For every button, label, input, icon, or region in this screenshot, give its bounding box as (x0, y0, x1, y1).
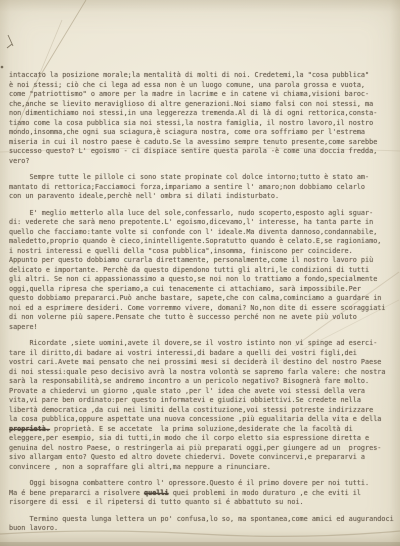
letter-line: genuina del nostro Paese, o restringerla… (9, 444, 394, 454)
text-segment: con un paravento ideale,perchè nell' omb… (9, 192, 279, 200)
text-segment: è noi stessi; ciò che ci lega ad essa no… (9, 81, 365, 89)
letter-line: E' meglio metterlo alla luce del sole,co… (9, 209, 394, 219)
text-segment: di noi stessi:quale peso decisivo avrà l… (9, 368, 385, 376)
letter-line: sarà la responsabilità,se andremo incont… (9, 377, 394, 387)
text-segment: Ricordate ,siete uomini,avete il dovere,… (9, 339, 377, 347)
letter-line: Ricordate ,siete uomini,avete il dovere,… (9, 339, 394, 349)
letter-line: delicato e importante. Perchè da questo … (9, 266, 394, 276)
paragraph: Ricordate ,siete uomini,avete il dovere,… (9, 339, 394, 472)
letter-body: intaccato la posizione morale;la mentali… (9, 71, 394, 541)
text-segment: Termino questa lunga lettera un po' conf… (9, 515, 394, 523)
text-segment: quello che facciamo:tante volte si confo… (9, 228, 377, 236)
pencil-mark (7, 35, 13, 48)
text-segment: convincere , non a sopraffare gli altri,… (9, 463, 271, 471)
text-segment: risorgere di essi e il ripetersi di tutt… (9, 498, 304, 506)
text-segment: questo dobbiamo prepararci.Può anche bas… (9, 294, 381, 302)
letter-line: successo questo? L' egoismo - ci dispiac… (9, 147, 394, 157)
letter-line: Sempre tutte le pillole ci sono state pr… (9, 173, 394, 183)
letter-line: come "patriottismo" o amore per la madre… (9, 90, 394, 100)
text-segment: non dimentichiamo noi stessi,in una legg… (9, 109, 377, 117)
letter-line: Ma é bene prepararci a risolvere quelli … (9, 489, 394, 499)
struck-text: proprietà. (9, 425, 50, 433)
letter-line: quello che facciamo:tante volte si confo… (9, 228, 394, 238)
text-segment: sapere! (9, 323, 38, 331)
letter-line: tiamo come la cosa pubblica sia noi stes… (9, 119, 394, 129)
letter-line: libertà democratica ,da cui nei limiti d… (9, 406, 394, 416)
letter-line: eleggere,per esempio, sia di tutti,in mo… (9, 434, 394, 444)
letter-line: con un paravento ideale,perchè nell' omb… (9, 192, 394, 202)
letter-line: risorgere di essi e il ripetersi di tutt… (9, 498, 394, 508)
letter-page: intaccato la posizione morale;la mentali… (0, 0, 400, 546)
text-segment: proprietà. E se accetate la prima soluzi… (50, 425, 353, 433)
text-segment: come "patriottismo" o amore per la madre… (9, 90, 369, 98)
letter-line: maledetto,proprio quando è cieco,inintel… (9, 237, 394, 247)
text-segment: i nostri interessi e quelli della "cosa … (9, 247, 353, 255)
text-segment: che,anche se lievito meraviglioso di alt… (9, 100, 373, 108)
text-segment: vita,vi pare ben ordinato:per questo inf… (9, 396, 361, 404)
text-segment: tiamo come la cosa pubblica sia noi stes… (9, 119, 373, 127)
letter-line: che,anche se lievito meraviglioso di alt… (9, 100, 394, 110)
paragraph: Termino questa lunga lettera un po' conf… (9, 515, 394, 534)
letter-line: di noi stessi:quale peso decisivo avrà l… (9, 368, 394, 378)
letter-line: sapere! (9, 323, 394, 333)
text-segment: di non volerne più sapere.Pensate che tu… (9, 313, 357, 321)
text-segment: delicato e importante. Perchè da questo … (9, 266, 369, 274)
letter-line: di: vederete che sarà meno prepotente.L'… (9, 218, 394, 228)
text-segment: successo questo? L' egoismo - ci dispiac… (9, 147, 377, 155)
letter-line: intaccato la posizione morale;la mentali… (9, 71, 394, 81)
letter-line: i nostri interessi e quelli della "cosa … (9, 247, 394, 257)
letter-line: non dimentichiamo noi stessi,in una legg… (9, 109, 394, 119)
text-segment: noi ed a esprimere desideri. Come vorrem… (9, 304, 385, 312)
text-segment: Provate a chiedervi un giorno ,quale sta… (9, 387, 365, 395)
letter-line: sivo allargam ento? Questo ed altro dove… (9, 453, 394, 463)
text-segment: sivo allargam ento? Questo ed altro dove… (9, 453, 365, 461)
text-segment: vostri cari.Avete mai pensato che nei pr… (9, 358, 381, 366)
letter-line: di non volerne più sapere.Pensate che tu… (9, 313, 394, 323)
text-segment: mantato di rettorica;Facciamoci forza,im… (9, 183, 365, 191)
ink-speck (1, 66, 4, 69)
letter-line: Provate a chiedervi un giorno ,quale sta… (9, 387, 394, 397)
text-segment: vero? (9, 157, 29, 165)
letter-line: vero? (9, 157, 394, 167)
text-segment: buon lavoro. (9, 524, 58, 532)
letter-line: è noi stessi; ciò che ci lega ad essa no… (9, 81, 394, 91)
text-segment: tare il diritto,di badare ai vostri inte… (9, 349, 357, 357)
text-segment: Appunto per questo dobbiamo curarla dire… (9, 256, 373, 264)
text-segment: sarà la responsabilità,se andremo incont… (9, 377, 369, 385)
letter-line: noi ed a esprimere desideri. Come vorrem… (9, 304, 394, 314)
letter-line: Termino questa lunga lettera un po' conf… (9, 515, 394, 525)
letter-line: tare il diritto,di badare ai vostri inte… (9, 349, 394, 359)
text-segment: miseria in cui il nostro paese è caduto.… (9, 138, 377, 146)
letter-line: la cosa pubblica,oppure aspettate una nu… (9, 415, 394, 425)
text-segment: genuina del nostro Paese, o restringerla… (9, 444, 381, 452)
letter-line: gli altri. Se non ci appassionassimo a q… (9, 275, 394, 285)
letter-line: mondo,insomma,che ogni sua sciagura,è sc… (9, 128, 394, 138)
letter-line: miseria in cui il nostro paese è caduto.… (9, 138, 394, 148)
crease-line (38, 20, 62, 78)
letter-line: Oggi bisogna combattere contro l' opress… (9, 479, 394, 489)
text-segment: Oggi bisogna combattere contro l' opress… (9, 479, 369, 487)
letter-line: Appunto per questo dobbiamo curarla dire… (9, 256, 394, 266)
letter-line: questo dobbiamo prepararci.Può anche bas… (9, 294, 394, 304)
text-segment: la cosa pubblica,oppure aspettate una nu… (9, 415, 381, 423)
text-segment: gli altri. Se non ci appassionassimo a q… (9, 275, 377, 283)
letter-line: proprietà. proprietà. E se accetate la p… (9, 425, 394, 435)
letter-line: vita,vi pare ben ordinato:per questo inf… (9, 396, 394, 406)
paragraph: Sempre tutte le pillole ci sono state pr… (9, 173, 394, 202)
text-segment: E' meglio metterlo alla luce del sole,co… (9, 209, 373, 217)
letter-line: vostri cari.Avete mai pensato che nei pr… (9, 358, 394, 368)
letter-line: mantato di rettorica;Facciamoci forza,im… (9, 183, 394, 193)
text-segment: maledetto,proprio quando è cieco,inintel… (9, 237, 381, 245)
struck-text: quelli (144, 489, 169, 497)
text-segment: oggi,quella ripresa che speriamo,a cui t… (9, 285, 361, 293)
paragraph: Oggi bisogna combattere contro l' opress… (9, 479, 394, 508)
text-segment: Sempre tutte le pillole ci sono state pr… (9, 173, 369, 181)
text-segment: intaccato la posizione morale;la mentali… (9, 71, 369, 79)
text-segment: mondo,insomma,che ogni sua sciagura,è sc… (9, 128, 365, 136)
letter-line: buon lavoro. (9, 524, 394, 534)
letter-line: convincere , non a sopraffare gli altri,… (9, 463, 394, 473)
paragraph: E' meglio metterlo alla luce del sole,co… (9, 209, 394, 333)
scan-edge-shadow (0, 542, 400, 546)
text-segment: Ma é bene prepararci a risolvere (9, 489, 144, 497)
text-segment: quei problemi in modo duraturo ,e che ev… (169, 489, 361, 497)
text-segment: di: vederete che sarà meno prepotente.L'… (9, 218, 373, 226)
text-segment: libertà democratica ,da cui nei limiti d… (9, 406, 373, 414)
letter-line: oggi,quella ripresa che speriamo,a cui t… (9, 285, 394, 295)
paragraph: intaccato la posizione morale;la mentali… (9, 71, 394, 166)
text-segment: eleggere,per esempio, sia di tutti,in mo… (9, 434, 369, 442)
